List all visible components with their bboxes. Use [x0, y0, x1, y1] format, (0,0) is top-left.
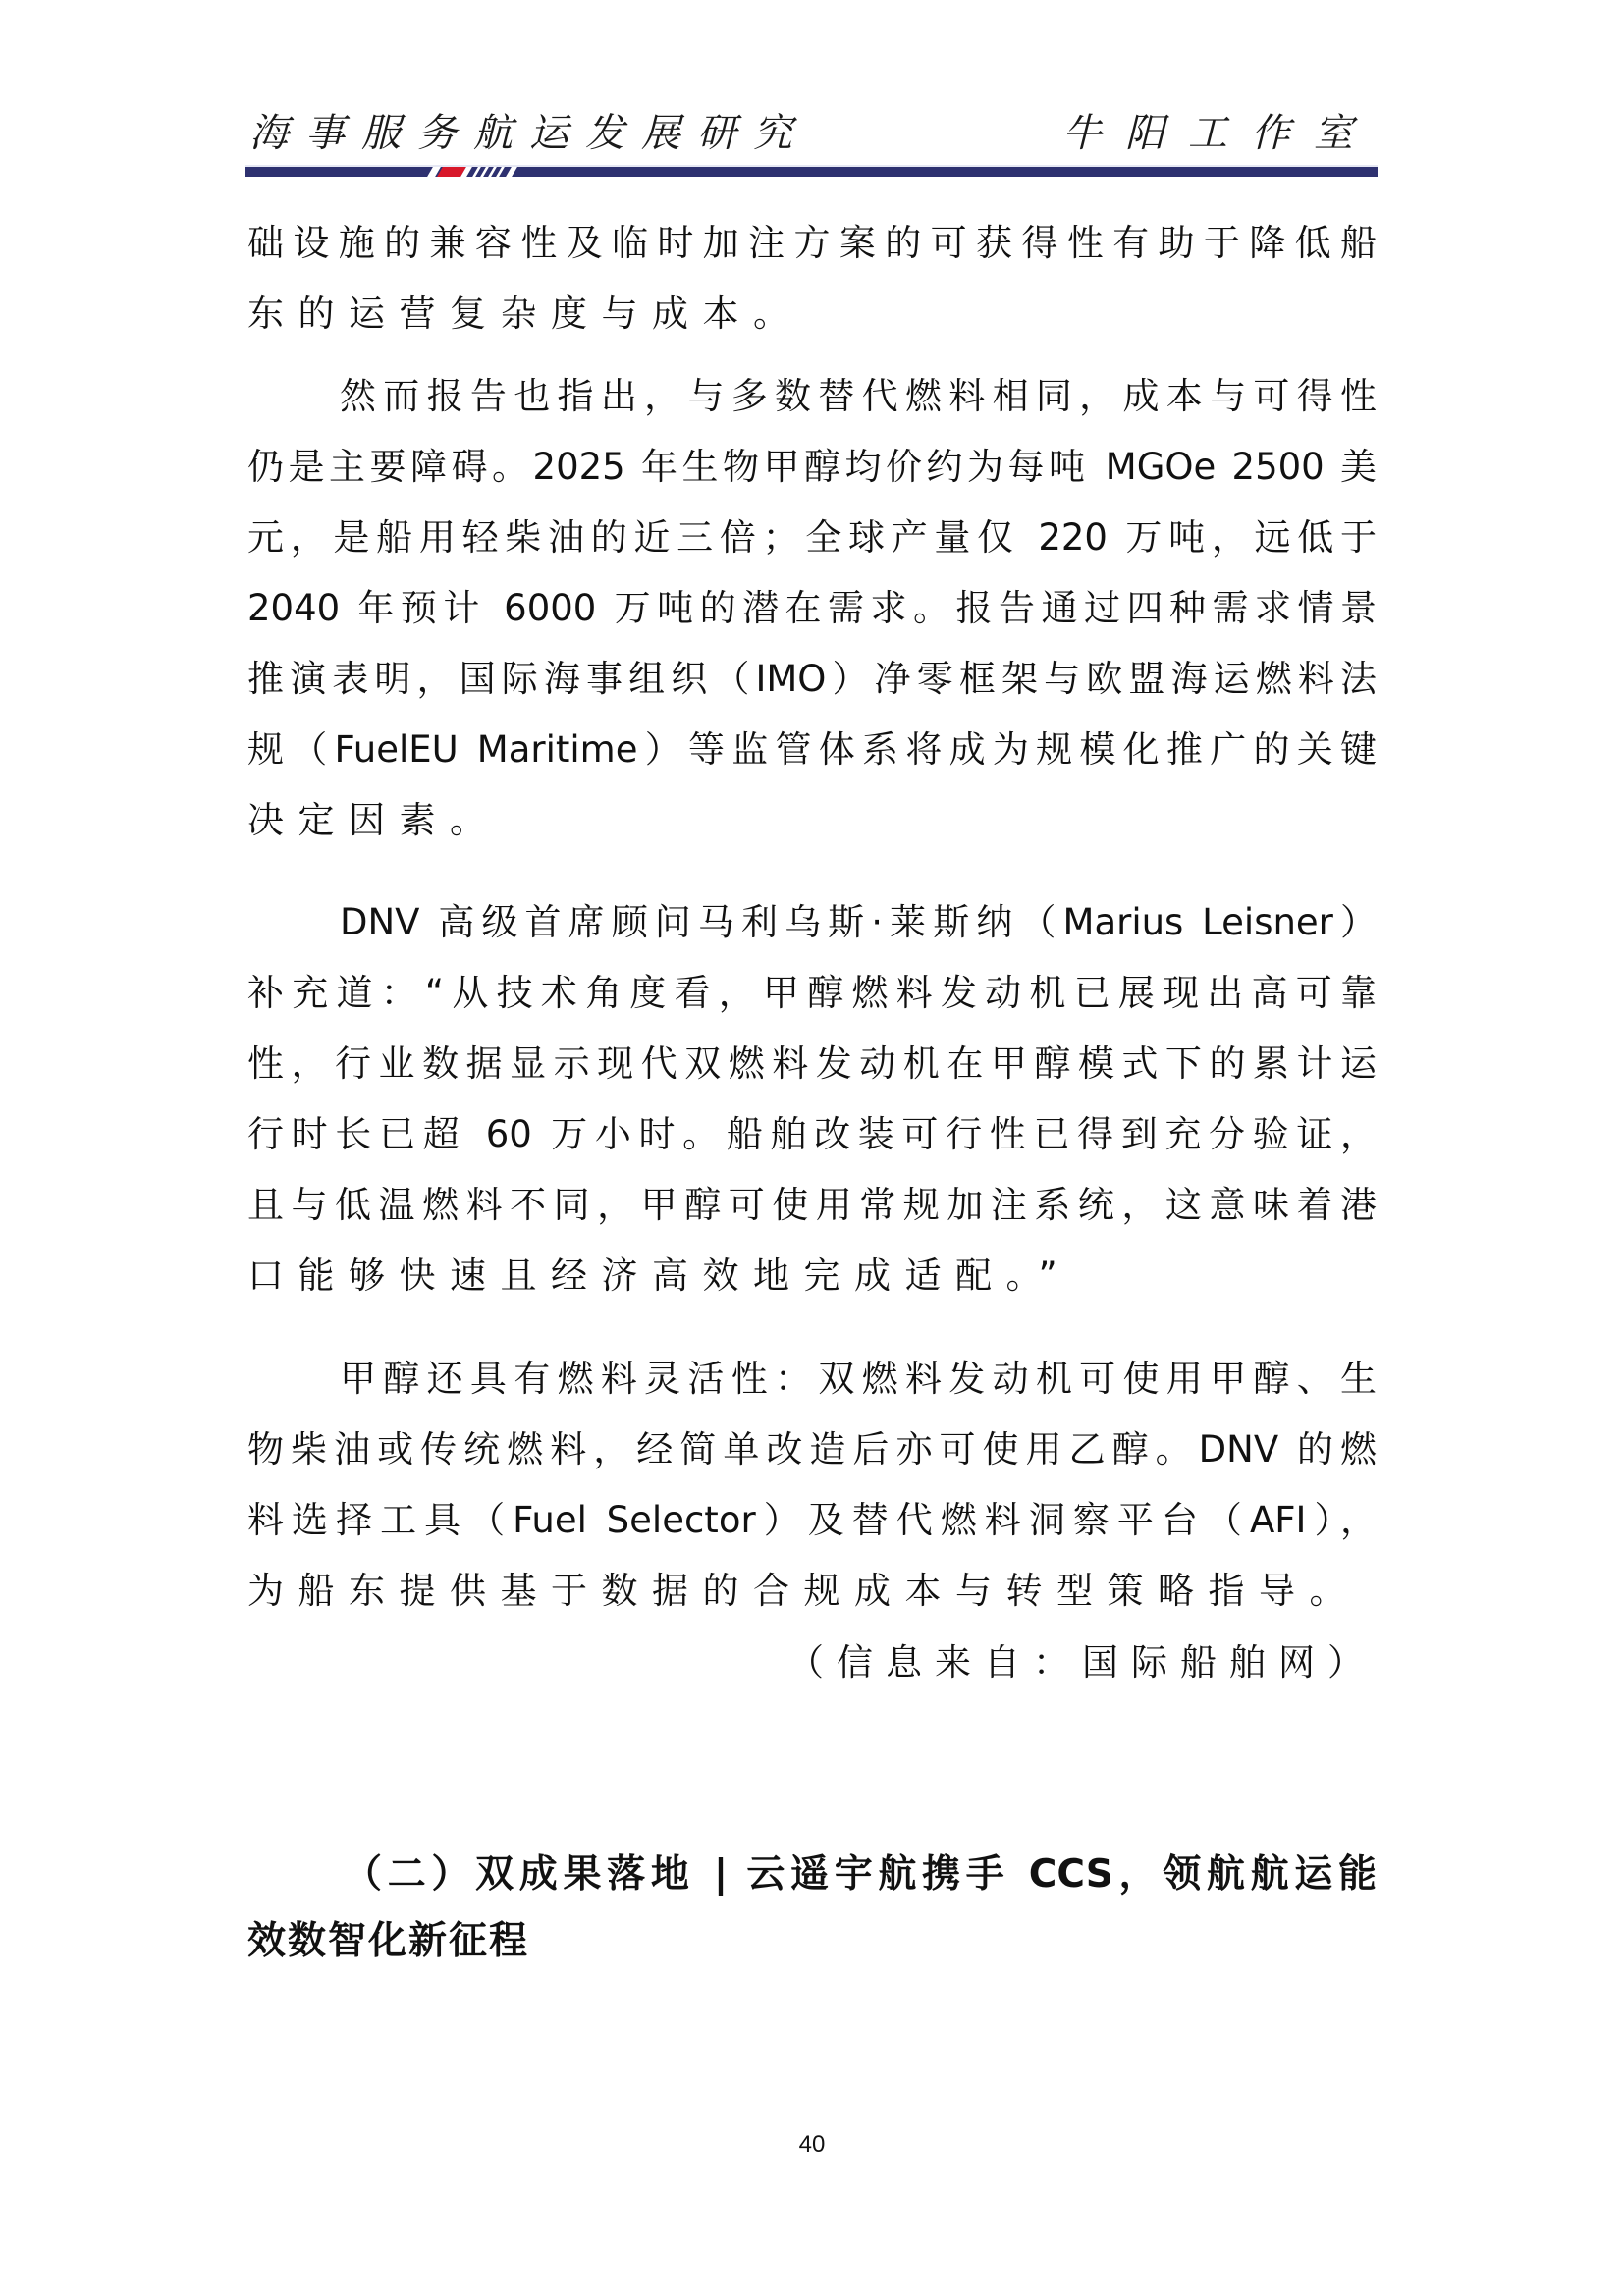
- text-line: 性，行业数据显示现代双燃料发动机在甲醇模式下的累计运: [247, 1035, 1377, 1094]
- text-line: 物柴油或传统燃料，经简单改造后亦可使用乙醇。DNV 的燃: [247, 1420, 1377, 1479]
- text-line: 规（FuelEU Maritime）等监管体系将成为规模化推广的关键: [247, 721, 1377, 779]
- text-line: 且与低温燃料不同，甲醇可使用常规加注系统，这意味着港: [247, 1176, 1377, 1235]
- text-line: 仍是主要障碍。2025 年生物甲醇均价约为每吨 MGOe 2500 美: [247, 438, 1377, 497]
- header-rule-stripe: [506, 167, 517, 177]
- text-line: 推演表明，国际海事组织（IMO）净零框架与欧盟海运燃料法: [247, 650, 1377, 709]
- section-heading-line: 效数智化新征程: [247, 1910, 529, 1973]
- text-line: 为船东提供基于数据的合规成本与转型策略指导。: [247, 1562, 1377, 1621]
- text-line: 元，是船用轻柴油的近三倍；全球产量仅 220 万吨，远低于: [247, 508, 1377, 567]
- page-number: 40: [785, 2130, 839, 2160]
- text-line: 础设施的兼容性及临时加注方案的可获得性有助于降低船: [247, 214, 1377, 273]
- text-line: DNV 高级首席顾问马利乌斯·莱斯纳（Marius Leisner）: [340, 893, 1377, 952]
- text-line: 东的运营复杂度与成本。: [247, 285, 1377, 344]
- text-line: 甲醇还具有燃料灵活性：双燃料发动机可使用甲醇、生: [340, 1350, 1377, 1409]
- text-line: 决定因素。: [247, 791, 1377, 850]
- source-citation: （信息来自：国际船舶网）: [787, 1633, 1377, 1692]
- header-publication-title: 海事服务航运发展研究: [249, 106, 809, 161]
- document-page: 海事服务航运发展研究 牛阳工作室 础设施的兼容性及临时加注方案的可获得性有助于降…: [0, 0, 1624, 2296]
- section-heading-line: （二）双成果落地 | 云遥宇航携手 CCS，领航航运能: [344, 1843, 1377, 1906]
- header-rule: [245, 167, 1378, 177]
- text-line: 口能够快速且经济高效地完成适配。”: [247, 1247, 1377, 1306]
- header-studio-name: 牛阳工作室: [1062, 106, 1377, 161]
- text-line: 然而报告也指出，与多数替代燃料相同，成本与可得性: [340, 367, 1377, 426]
- text-line: 补充道：“从技术角度看，甲醇燃料发动机已展现出高可靠: [247, 964, 1377, 1023]
- text-line: 2040 年预计 6000 万吨的潜在需求。报告通过四种需求情景: [247, 579, 1377, 638]
- header-rule-stripe: [496, 167, 505, 177]
- text-line: 料选择工具（Fuel Selector）及替代燃料洞察平台（AFI），: [247, 1491, 1377, 1550]
- text-line: 行时长已超 60 万小时。船舶改装可行性已得到充分验证，: [247, 1105, 1377, 1164]
